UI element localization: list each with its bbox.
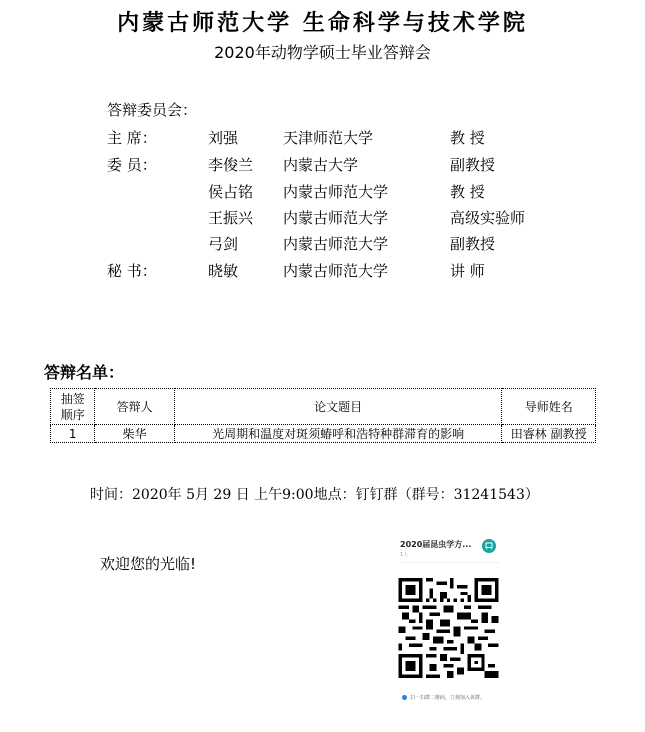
qr-card: 2020届昆虫学方... 1人 扫一扫群二维码，立刻加入该群 [390, 530, 510, 710]
committee-title: 教 授 [450, 181, 485, 202]
committee-org: 内蒙古师范大学 [283, 181, 388, 202]
info-icon [402, 695, 407, 700]
cell-thesis: 光周期和温度对斑须蝽呼和浩特种群滞育的影响 [174, 425, 502, 443]
divider [400, 562, 500, 563]
cell-order: 1 [51, 425, 95, 443]
meeting-info: 时间：2020年 5月 29 日 上午9:00地点：钉钉群（群号：3124154… [90, 484, 539, 504]
cell-student: 柴华 [95, 425, 174, 443]
committee-name: 李俊兰 [208, 154, 253, 175]
cell-advisor: 田睿林 副教授 [502, 425, 596, 443]
committee-name: 刘强 [208, 127, 238, 148]
defense-table: 抽签顺序 答辩人 论文题目 导师姓名 1 柴华 光周期和温度对斑须蝽呼和浩特种群… [50, 388, 596, 443]
board-icon [482, 539, 496, 553]
column-header-thesis: 论文题目 [174, 389, 502, 425]
table-row: 1 柴华 光周期和温度对斑须蝽呼和浩特种群滞育的影响 田睿林 副教授 [51, 425, 596, 443]
page-title: 内蒙古师范大学 生命科学与技术学院 [0, 6, 645, 37]
committee-title: 高级实验师 [450, 207, 525, 228]
committee-name: 王振兴 [208, 207, 253, 228]
committee-name: 侯占铭 [208, 181, 253, 202]
committee-role: 秘 书： [107, 260, 157, 281]
committee-title: 副教授 [450, 233, 495, 254]
committee-org: 天津师范大学 [283, 127, 373, 148]
column-header-order: 抽签顺序 [51, 389, 95, 425]
column-header-advisor: 导师姓名 [502, 389, 596, 425]
committee-org: 内蒙古大学 [283, 154, 358, 175]
table-header-row: 抽签顺序 答辩人 论文题目 导师姓名 [51, 389, 596, 425]
committee-title: 讲 师 [450, 260, 485, 281]
qr-member-count: 1人 [400, 551, 408, 558]
committee-name: 晓敏 [208, 260, 238, 281]
qr-caption-text: 扫一扫群二维码，立刻加入该群。 [410, 695, 485, 701]
column-header-student: 答辩人 [95, 389, 174, 425]
qr-code-image[interactable] [397, 578, 500, 678]
qr-caption: 扫一扫群二维码，立刻加入该群。 [402, 694, 485, 701]
qr-group-name: 2020届昆虫学方... [400, 539, 471, 550]
committee-name: 弓剑 [208, 233, 238, 254]
defense-list-heading: 答辩名单： [44, 360, 124, 383]
committee-org: 内蒙古师范大学 [283, 233, 388, 254]
committee-org: 内蒙古师范大学 [283, 207, 388, 228]
page-subtitle: 2020年动物学硕士毕业答辩会 [0, 40, 645, 63]
committee-title: 教 授 [450, 127, 485, 148]
committee-role: 委 员： [107, 154, 157, 175]
welcome-text: 欢迎您的光临! [100, 553, 196, 574]
committee-role: 主 席： [107, 127, 157, 148]
committee-org: 内蒙古师范大学 [283, 260, 388, 281]
committee-label: 答辩委员会： [107, 99, 197, 120]
committee-title: 副教授 [450, 154, 495, 175]
